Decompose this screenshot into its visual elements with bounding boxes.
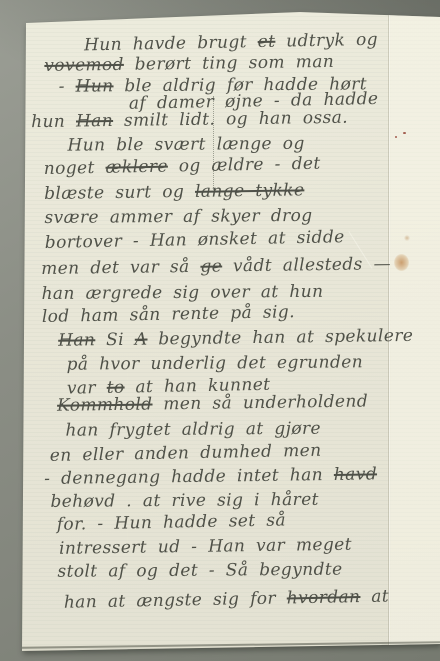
handwriting-text: på hvor underlig det egrunden bbox=[66, 352, 363, 374]
handwritten-line: intressert ud - Han var meget bbox=[59, 537, 352, 558]
handwriting-text: at bbox=[360, 586, 389, 607]
handwriting-text: noget bbox=[44, 158, 106, 179]
handwriting-text: vådt allesteds — bbox=[222, 254, 391, 276]
handwriting-text: stolt af og det - Så begyndte bbox=[57, 560, 342, 582]
handwritten-line: stolt af og det - Så begyndte bbox=[57, 562, 342, 581]
handwritten-line: behøvd . at rive sig i håret bbox=[50, 492, 319, 511]
strikethrough-text: A bbox=[135, 330, 148, 350]
handwritten-line: han at ængste sig for hvordan at bbox=[64, 588, 389, 611]
strikethrough-text: havd bbox=[334, 464, 377, 485]
handwriting-text: og ældre - det bbox=[168, 154, 321, 177]
handwriting-text: - dennegang hadde intet han bbox=[44, 465, 334, 489]
strikethrough-text: et bbox=[257, 32, 275, 52]
handwriting-text: hun bbox=[31, 112, 76, 133]
strikethrough-text: Han bbox=[58, 330, 95, 351]
handwriting-text: berørt ting som man bbox=[124, 52, 335, 75]
strikethrough-text: æklere bbox=[105, 157, 168, 178]
strikethrough-text: ge bbox=[200, 256, 222, 276]
handwriting-text: intressert ud - Han var meget bbox=[59, 535, 352, 559]
handwriting-text: Hun havde brugt bbox=[84, 32, 258, 55]
handwriting-text: blæste surt og bbox=[44, 182, 195, 204]
handwriting-text: en eller anden dumhed men bbox=[50, 441, 322, 466]
handwritten-line: en eller anden dumhed men bbox=[50, 443, 322, 465]
handwriting-text: svære ammer af skyer drog bbox=[44, 206, 312, 228]
handwriting-text: han at ængste sig for bbox=[64, 588, 287, 612]
handwritten-line: lod ham sån rente på sig. bbox=[42, 304, 295, 326]
handwritten-line: hun Han smilt lidt. og han ossa. bbox=[31, 110, 348, 131]
handwriting-text: begyndte han at spekulere bbox=[147, 326, 413, 350]
handwritten-line: noget æklere og ældre - det bbox=[44, 156, 321, 178]
strikethrough-text: vovemod bbox=[44, 55, 124, 76]
handwritten-line: for. - Hun hadde set så bbox=[57, 512, 287, 533]
handwriting-text: - bbox=[59, 77, 76, 97]
handwritten-line: Han Si A begyndte han at spekulere bbox=[58, 328, 413, 350]
handwriting-text: smilt lidt. og han ossa. bbox=[113, 108, 348, 131]
photo-background: Hun havde brugt et udtryk ogvovemod berø… bbox=[0, 0, 440, 661]
handwriting-text: for. - Hun hadde set så bbox=[57, 510, 287, 534]
handwriting-text: behøvd . at rive sig i håret bbox=[50, 490, 319, 512]
handwriting-text: men det var så bbox=[41, 257, 201, 279]
handwriting-text: bortover - Han ønsket at sidde bbox=[45, 227, 345, 253]
strikethrough-text: Han bbox=[76, 111, 113, 132]
handwritten-line: blæste surt og lange tykke bbox=[44, 182, 304, 203]
handwriting-text: udtryk og bbox=[275, 30, 378, 52]
handwritten-line: på hvor underlig det egrunden bbox=[66, 354, 363, 373]
handwritten-line: Hun ble svært længe og bbox=[67, 136, 304, 155]
strikethrough-text: hvordan bbox=[287, 587, 361, 608]
handwritten-line: svære ammer af skyer drog bbox=[44, 208, 312, 227]
handwriting-text: Hun ble svært længe og bbox=[67, 134, 304, 156]
handwritten-line: Kommhold men så underholdend bbox=[57, 393, 368, 414]
handwriting-layer: Hun havde brugt et udtryk ogvovemod berø… bbox=[0, 0, 440, 661]
handwriting-text: lod ham sån rente på sig. bbox=[42, 302, 295, 327]
handwritten-line: Hun havde brugt et udtryk og bbox=[84, 32, 378, 55]
handwritten-line: vovemod berørt ting som man bbox=[44, 54, 334, 75]
paper-surface: Hun havde brugt et udtryk ogvovemod berø… bbox=[0, 0, 440, 661]
strikethrough-text: lange tykke bbox=[195, 180, 305, 202]
strikethrough-text: Hun bbox=[76, 76, 114, 96]
handwritten-line: men det var så ge vådt allesteds — bbox=[41, 256, 391, 278]
handwritten-line: han frygtet aldrig at gjøre bbox=[65, 421, 321, 440]
paper-sheet: Hun havde brugt et udtryk ogvovemod berø… bbox=[0, 0, 440, 661]
handwriting-text: han frygtet aldrig at gjøre bbox=[65, 419, 321, 441]
handwriting-text: Si bbox=[95, 330, 135, 351]
handwriting-text: men så underholdend bbox=[152, 391, 368, 414]
handwriting-text: han ærgrede sig over at hun bbox=[41, 282, 323, 304]
handwritten-line: - dennegang hadde intet han havd bbox=[44, 466, 377, 488]
strikethrough-text: Kommhold bbox=[57, 394, 153, 415]
handwritten-line: han ærgrede sig over at hun bbox=[41, 284, 323, 303]
handwritten-line: bortover - Han ønsket at sidde bbox=[45, 229, 345, 252]
